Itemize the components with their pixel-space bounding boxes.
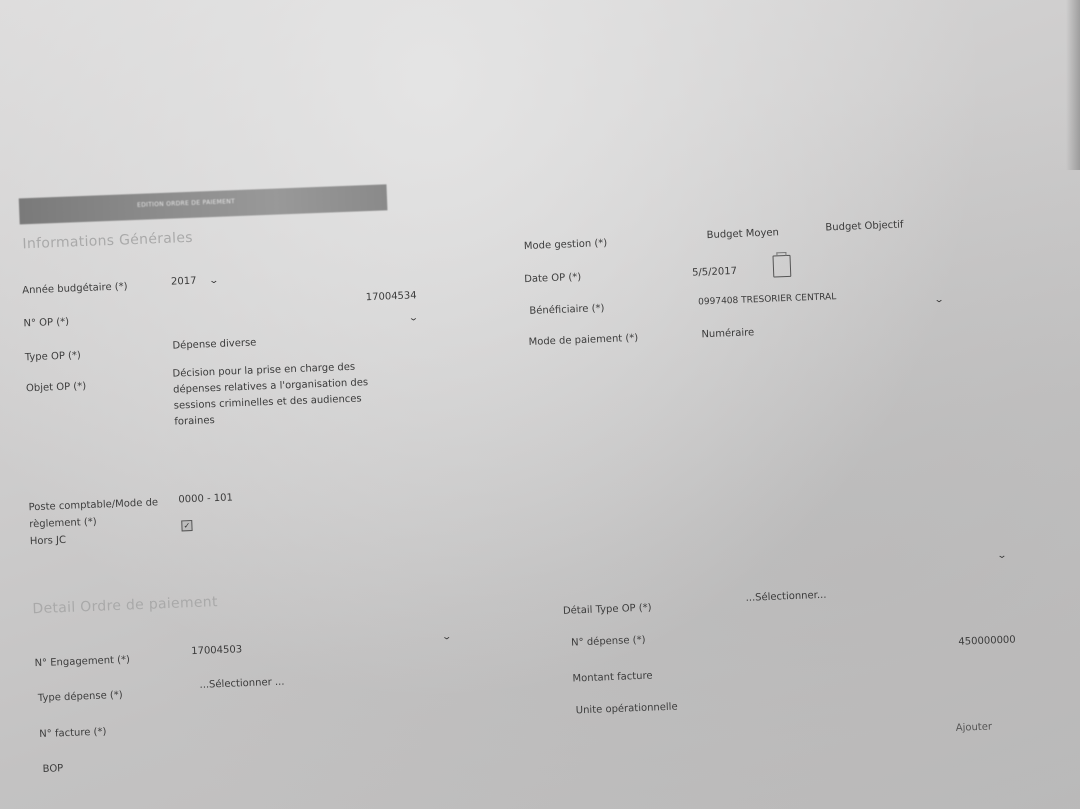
label-mode-gestion: Mode gestion (*) [524,238,608,252]
chevron-down-icon[interactable]: ⌄ [408,313,419,323]
field-unite-operationnelle[interactable] [740,688,920,709]
label-detail-type-op: Détail Type OP (*) [563,602,652,616]
option-budget-moyen[interactable]: Budget Moyen [706,227,779,241]
label-objet-op: Objet OP (*) [26,381,87,394]
select-annee-budgetaire[interactable]: 2017 ⌄ [171,275,218,288]
payment-order-form: EDITION ORDRE DE PAIEMENT Informations G… [0,0,1080,809]
field-date-op[interactable]: 5/5/2017 [692,266,737,279]
section-title-detail: Detail Ordre de paiement [32,594,218,617]
field-bop[interactable] [202,746,402,768]
label-numero-depense: N° dépense (*) [571,635,646,649]
label-date-op: Date OP (*) [524,272,581,285]
form-title: EDITION ORDRE DE PAIEMENT [137,198,235,209]
label-unite-operationnelle: Unite opérationnelle [576,702,678,717]
label-type-depense: Type dépense (*) [38,690,123,704]
field-montant-facture[interactable]: 450000000 [958,635,1016,648]
label-numero-engagement: N° Engagement (*) [34,655,130,670]
label-type-op: Type OP (*) [25,350,81,363]
paper-edge [1066,0,1080,170]
label-poste-comptable-line2: règlement (*) [29,517,97,531]
select-type-depense[interactable]: ...Sélectionner ... [199,677,284,691]
label-hors-jc: Hors JC [30,535,66,547]
select-mode-paiement[interactable]: Numéraire [701,327,754,340]
select-type-op-value[interactable]: Dépense diverse [172,337,256,351]
annee-budgetaire-value: 2017 [171,276,197,288]
chevron-down-icon: ⌄ [208,276,219,286]
field-numero-facture[interactable] [201,710,401,732]
label-beneficiaire: Bénéficiaire (*) [529,303,604,317]
label-poste-comptable-line1: Poste comptable/Mode de [28,497,158,513]
label-mode-paiement: Mode de paiement (*) [528,333,638,348]
label-annee-budgetaire: Année budgétaire (*) [22,281,128,296]
field-objet-op[interactable]: Décision pour la prise en charge des dép… [172,358,404,431]
add-button[interactable]: Ajouter [956,721,993,733]
label-numero-facture: N° facture (*) [39,726,106,740]
chevron-down-icon[interactable]: ⌄ [441,632,452,642]
field-numero-op[interactable]: 17004534 [366,290,417,303]
field-numero-depense[interactable] [738,621,918,642]
section-title-general: Informations Générales [22,230,193,253]
field-beneficiaire[interactable]: 0997408 TRESORIER CENTRAL [698,292,836,307]
form-title-bar: EDITION ORDRE DE PAIEMENT [19,184,388,224]
checkbox-hors-jc[interactable]: ✓ [181,520,192,531]
label-bop: BOP [42,763,63,775]
label-montant-facture: Montant facture [572,670,652,684]
chevron-down-icon[interactable]: ⌄ [934,295,945,305]
field-poste-comptable[interactable]: 0000 - 101 [178,492,233,505]
calendar-icon[interactable] [772,255,791,278]
field-numero-engagement[interactable]: 17004503 [191,644,242,657]
option-budget-objectif[interactable]: Budget Objectif [825,220,903,234]
label-numero-op: N° OP (*) [23,317,69,330]
select-detail-type-op[interactable]: ...Sélectionner... [745,590,826,604]
chevron-down-icon[interactable]: ⌄ [996,551,1007,561]
